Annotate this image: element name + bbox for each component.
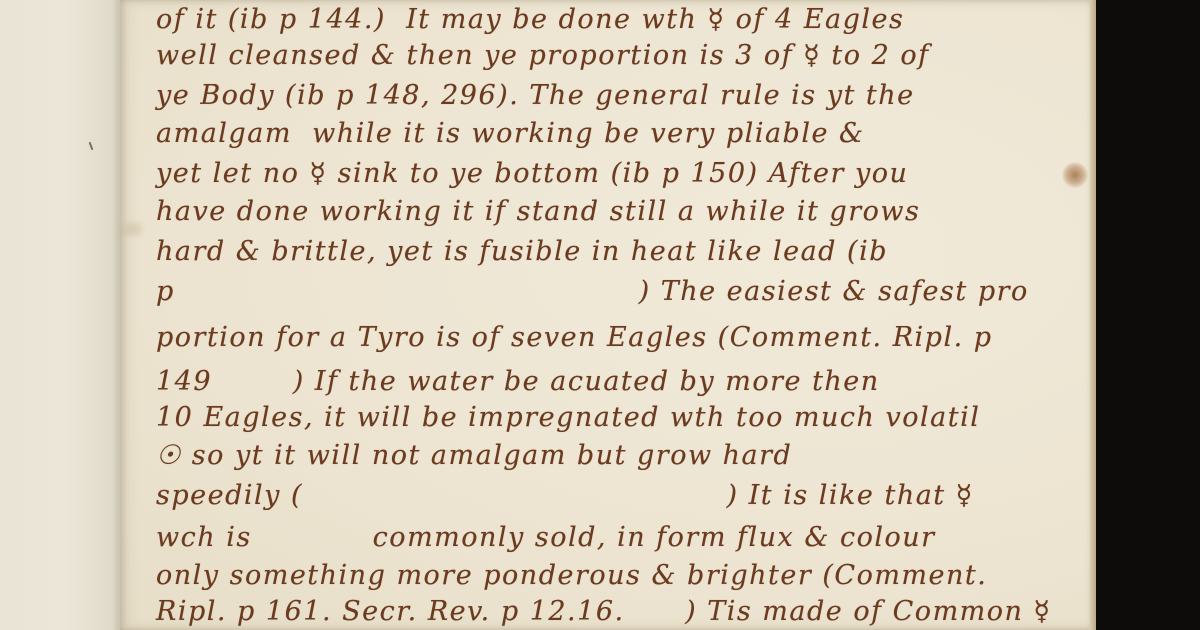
paper-stain <box>122 222 142 236</box>
manuscript-line-2: well cleansed & then ye proportion is 3 … <box>156 42 930 69</box>
manuscript-line-1: of it (ib p 144.) It may be done wth ☿ o… <box>156 6 904 33</box>
manuscript-line-9: portion for a Tyro is of seven Eagles (C… <box>156 324 993 351</box>
manuscript-viewport: of it (ib p 144.) It may be done wth ☿ o… <box>0 0 1200 630</box>
ink-stain <box>1062 162 1088 188</box>
manuscript-line-14: wch is commonly sold, in form flux & col… <box>156 524 936 551</box>
manuscript-line-4: amalgam while it is working be very plia… <box>156 120 865 147</box>
manuscript-line-10: 149 ) If the water be acuated by more th… <box>156 368 880 395</box>
black-backing-board <box>1096 0 1200 630</box>
manuscript-line-15: only something more ponderous & brighter… <box>156 562 987 589</box>
manuscript-line-16: Ripl. p 161. Secr. Rev. p 12.16. ) Tis m… <box>156 598 1052 625</box>
manuscript-line-11: 10 Eagles, it will be impregnated wth to… <box>156 404 980 431</box>
manuscript-line-12: ☉ so yt it will not amalgam but grow har… <box>156 442 792 469</box>
manuscript-line-13: speedily ( ) It is like that ☿ <box>156 482 974 509</box>
facing-page-gutter <box>0 0 120 630</box>
manuscript-line-5: yet let no ☿ sink to ye bottom (ib p 150… <box>156 160 908 187</box>
manuscript-line-3: ye Body (ib p 148, 296). The general rul… <box>156 82 915 109</box>
gutter-fold-shadow <box>112 0 126 630</box>
manuscript-line-7: hard & brittle, yet is fusible in heat l… <box>156 238 888 265</box>
manuscript-line-8: p ) The easiest & safest pro <box>156 278 1029 305</box>
manuscript-line-6: have done working it if stand still a wh… <box>156 198 920 225</box>
